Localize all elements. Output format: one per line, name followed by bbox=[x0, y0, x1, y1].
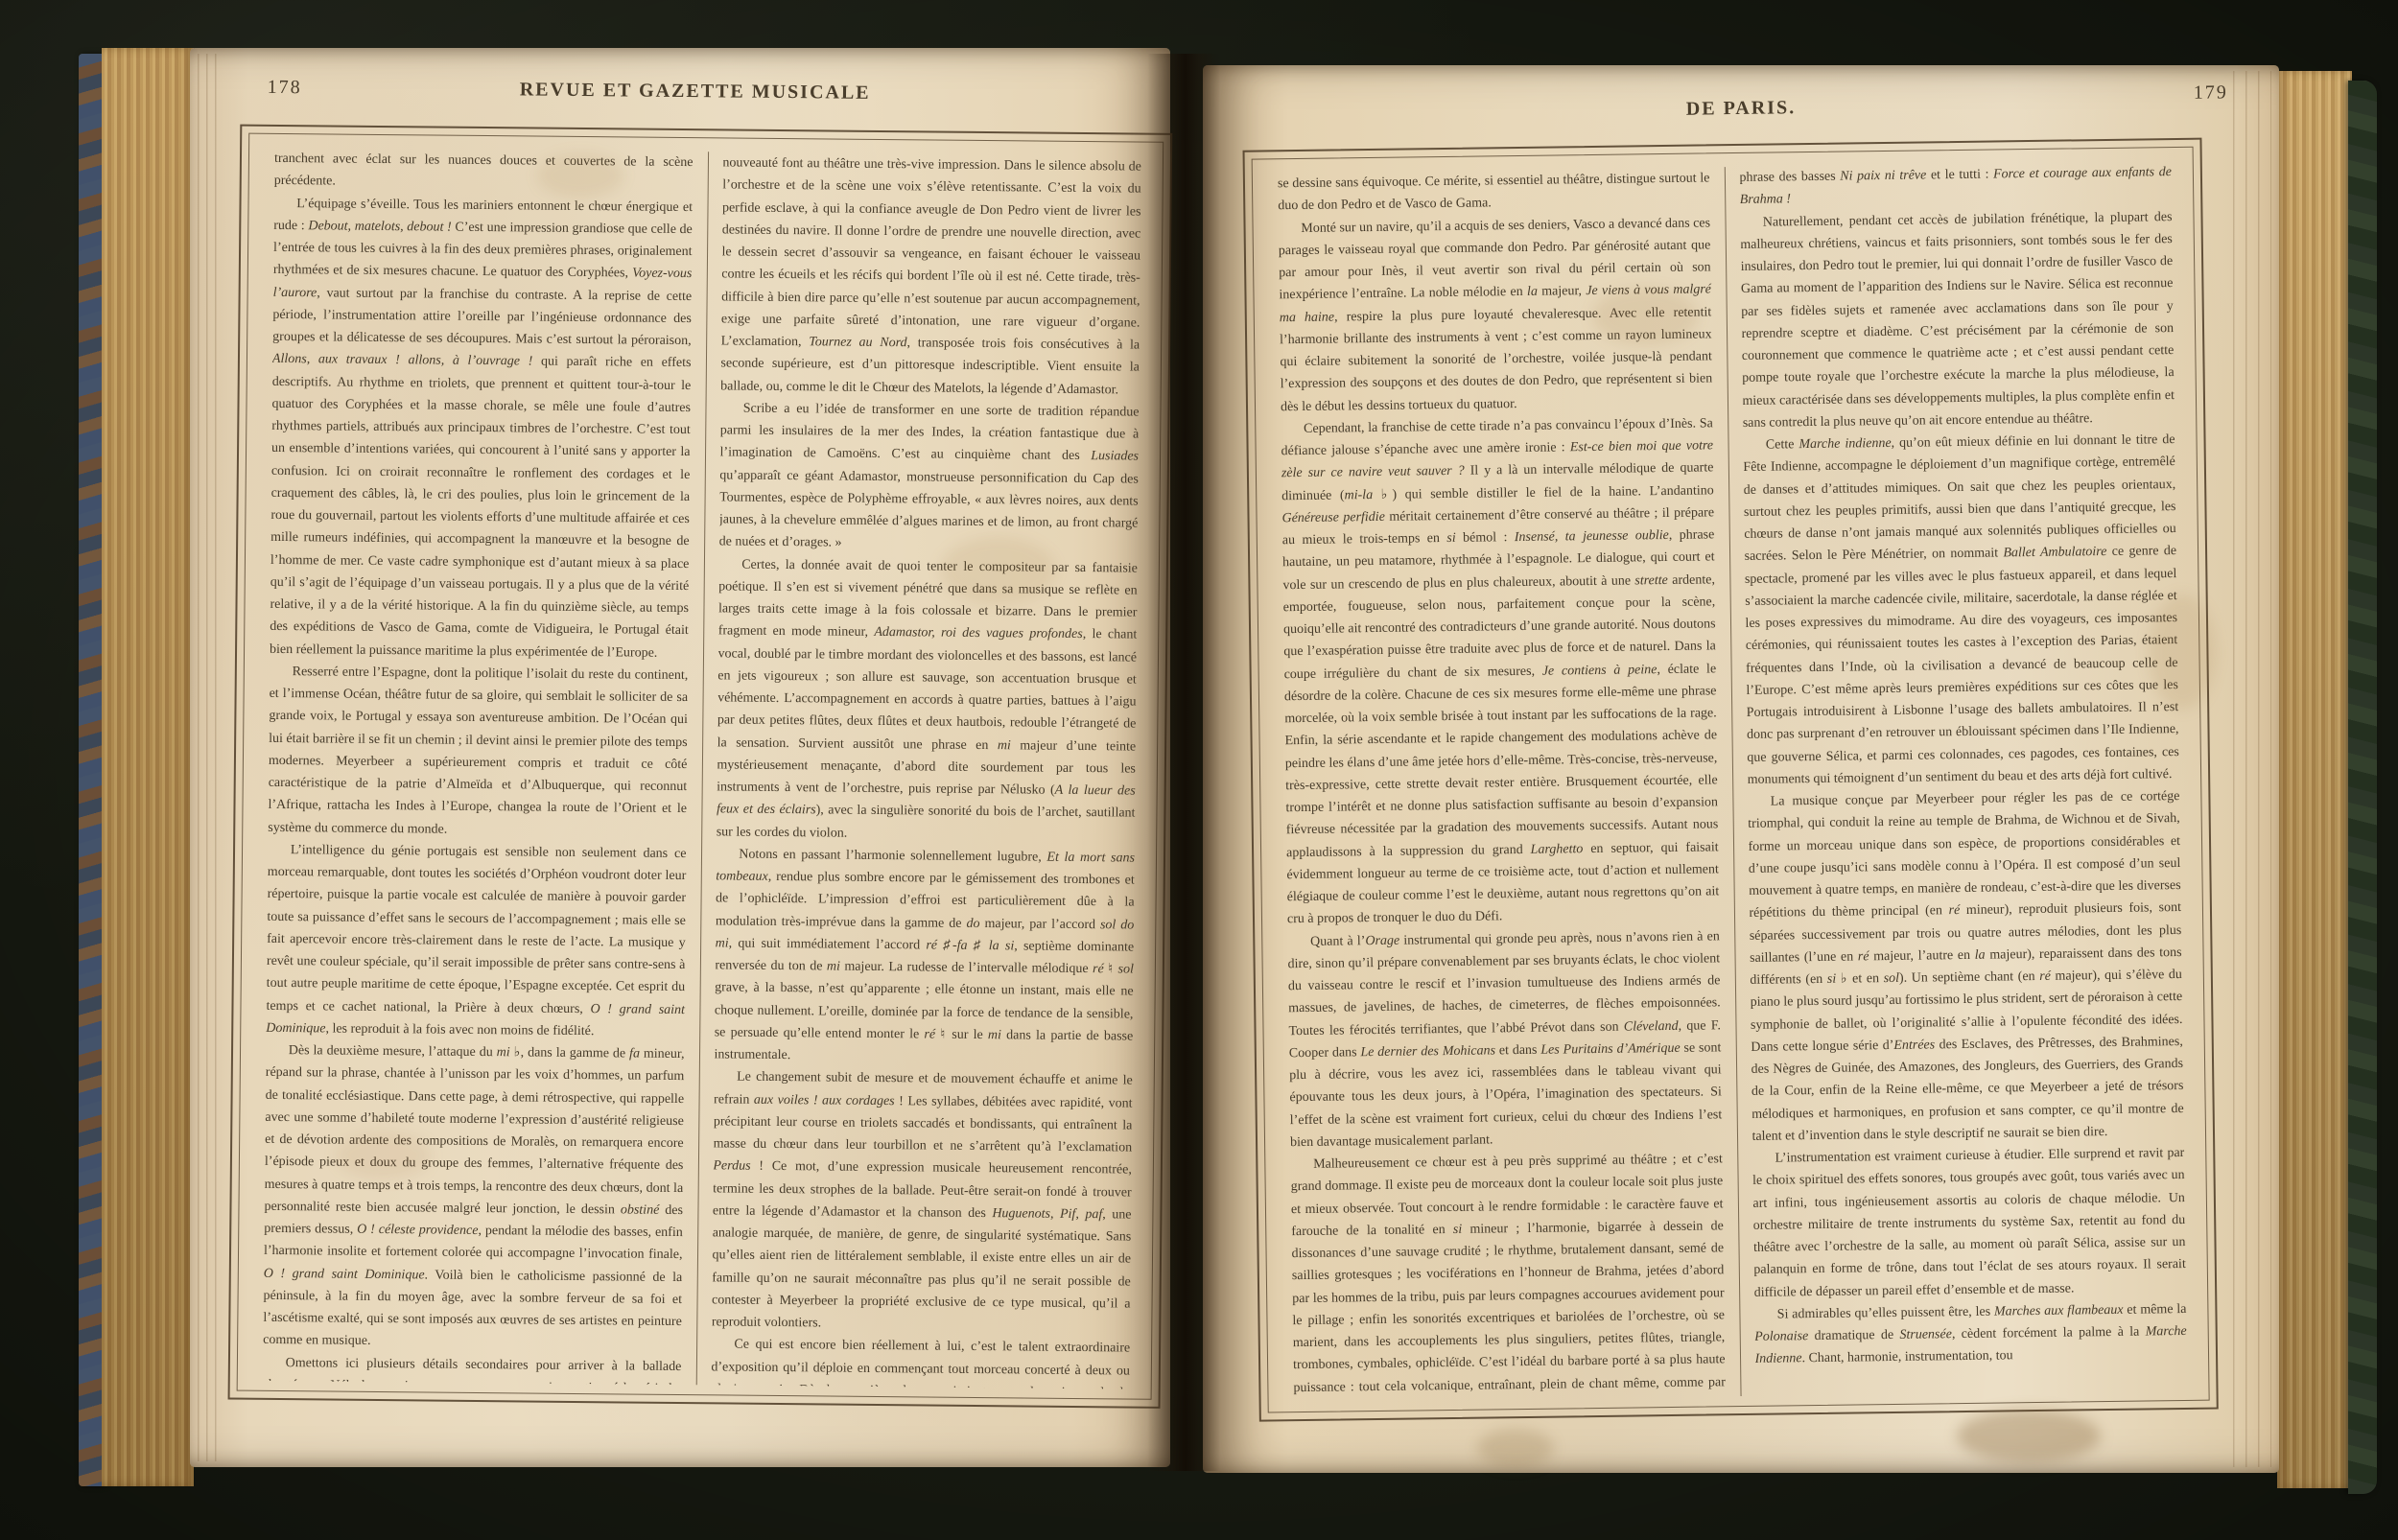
right-cover-edge bbox=[2348, 81, 2377, 1494]
paragraph: se dessine sans équivoque. Ce mérite, si… bbox=[1278, 167, 1710, 217]
right-page-content: DE PARIS. 179 se dessine sans équivoque.… bbox=[1193, 58, 2288, 1481]
right-page-stack-fore-edge bbox=[2277, 71, 2352, 1488]
right-columns: se dessine sans équivoque. Ce mérite, si… bbox=[1253, 148, 2209, 1412]
paragraph: Cependant, la franchise de cette tirade … bbox=[1281, 412, 1719, 931]
right-running-head: DE PARIS. 179 bbox=[1240, 91, 2242, 137]
paragraph: Omettons ici plusieurs détails secondair… bbox=[263, 1351, 682, 1385]
paragraph: Scribe a eu l’idée de transformer en une… bbox=[719, 397, 1140, 557]
paragraph: L’instrumentation est vraiment curieuse … bbox=[1752, 1142, 2187, 1304]
right-page-number: 179 bbox=[2194, 82, 2228, 104]
paragraph: Ce qui est encore bien réellement à lui,… bbox=[711, 1334, 1130, 1389]
column-divider-rule bbox=[1724, 167, 1741, 1396]
paragraph: Notons en passant l’harmonie solennellem… bbox=[714, 843, 1135, 1070]
paragraph: Resserré entre l’Espagne, dont la politi… bbox=[268, 661, 688, 843]
paragraph: L’équipage s’éveille. Tous les mariniers… bbox=[270, 192, 693, 664]
paragraph: Cette Marche indienne, qu’on eût mieux d… bbox=[1743, 429, 2179, 791]
right-text-frame-inner: se dessine sans équivoque. Ce mérite, si… bbox=[1252, 147, 2210, 1413]
paragraph: La musique conçue par Meyerbeer pour rég… bbox=[1748, 785, 2184, 1148]
text-column: se dessine sans équivoque. Ce mérite, si… bbox=[1278, 167, 1726, 1402]
left-page-content: 178 REVUE ET GAZETTE MUSICALE tranchent … bbox=[183, 43, 1177, 1472]
left-page-stack-fore-edge bbox=[102, 48, 194, 1486]
paragraph: Malheureusement ce chœur est à peu près … bbox=[1290, 1148, 1726, 1402]
paragraph: Naturellement, pendant cet accès de jubi… bbox=[1740, 206, 2175, 434]
text-column: phrase des basses Ni paix ni trêve et le… bbox=[1739, 161, 2187, 1396]
right-page: DE PARIS. 179 se dessine sans équivoque.… bbox=[1203, 65, 2279, 1473]
left-text-frame-inner: tranchent avec éclat sur les nuances dou… bbox=[237, 133, 1164, 1400]
left-header-title: REVUE ET GAZETTE MUSICALE bbox=[243, 77, 1148, 107]
left-text-frame: tranchent avec éclat sur les nuances dou… bbox=[228, 125, 1173, 1409]
paragraph: nouveauté font au théâtre une très-vive … bbox=[720, 152, 1141, 401]
paragraph: Certes, la donnée avait de quoi tenter l… bbox=[717, 553, 1138, 847]
left-page: 178 REVUE ET GAZETTE MUSICALE tranchent … bbox=[190, 48, 1170, 1467]
paragraph: phrase des basses Ni paix ni trêve et le… bbox=[1739, 161, 2172, 211]
paragraph: Le changement subit de mesure et de mouv… bbox=[712, 1066, 1133, 1338]
text-column: tranchent avec éclat sur les nuances dou… bbox=[263, 148, 694, 1385]
paragraph: L’intelligence du génie portugais est se… bbox=[266, 839, 686, 1043]
text-column: nouveauté font au théâtre une très-vive … bbox=[711, 152, 1141, 1388]
paragraph: Monté sur un navire, qu’il a acquis de s… bbox=[1278, 212, 1712, 418]
left-running-head: 178 REVUE ET GAZETTE MUSICALE bbox=[242, 77, 1147, 118]
paragraph: Dès la deuxième mesure, l’attaque du mi … bbox=[263, 1039, 685, 1356]
paragraph: Si admirables qu’elles puissent être, le… bbox=[1754, 1298, 2187, 1371]
right-text-frame: se dessine sans équivoque. Ce mérite, si… bbox=[1243, 138, 2219, 1422]
paragraph: Quant à l’Orage instrumental qui gronde … bbox=[1287, 925, 1723, 1154]
left-columns: tranchent avec éclat sur les nuances dou… bbox=[238, 134, 1164, 1399]
column-divider-rule bbox=[695, 152, 708, 1385]
paragraph: tranchent avec éclat sur les nuances dou… bbox=[274, 148, 694, 197]
right-header-title: DE PARIS. bbox=[1240, 91, 2242, 127]
scanned-book-spread: { "colors": { "background": "#171a11", "… bbox=[0, 0, 2398, 1540]
